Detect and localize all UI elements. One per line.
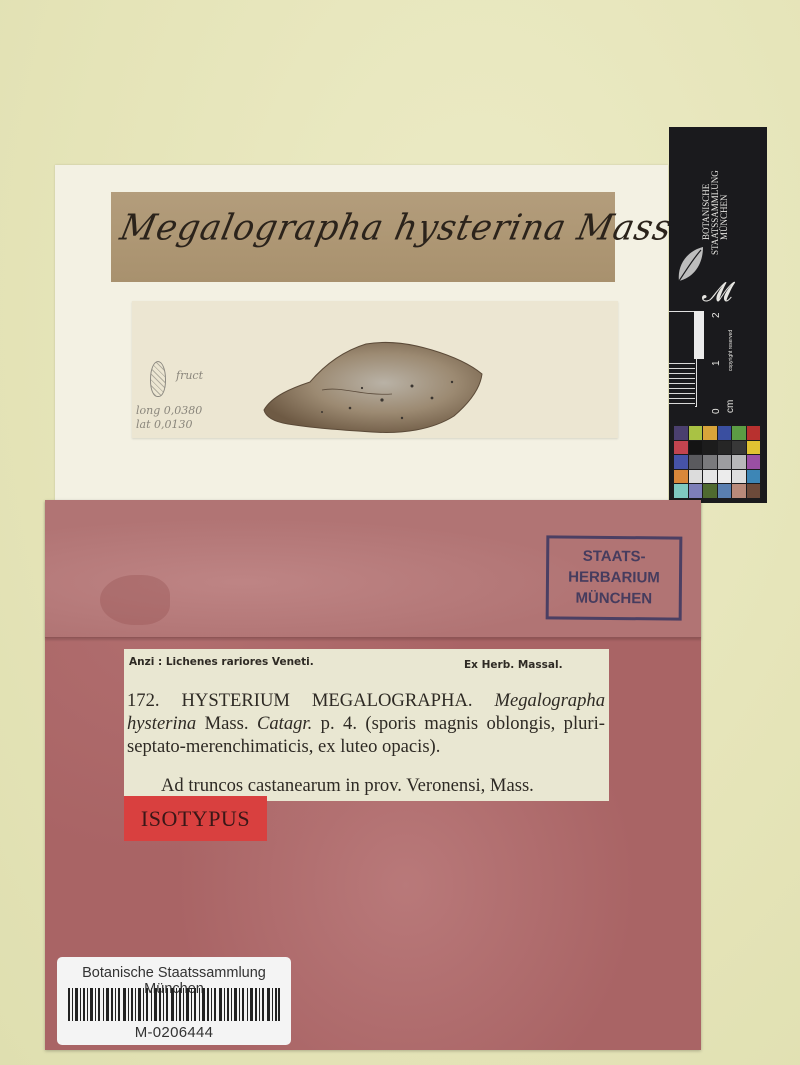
color-patch (718, 441, 732, 455)
taxon-title: HYSTERIUM MEGALOGRAPHA. (181, 690, 472, 711)
type-status-label: ISOTYPUS (124, 796, 267, 841)
measurement-long: long 0,0380 (136, 404, 202, 417)
exsiccata-number: 172. (127, 690, 160, 711)
color-patch (674, 441, 688, 455)
copyright-notice: copyright reserved (728, 330, 734, 371)
color-patch (674, 426, 688, 440)
stamp-line-1: STAATS- (549, 545, 679, 567)
barcode-icon (68, 988, 280, 1021)
exsiccata-label: Anzi : Lichenes rariores Veneti. Ex Herb… (124, 649, 609, 801)
ruler-mm-ticks (669, 359, 695, 407)
color-patch (689, 484, 703, 498)
institution-line-3: MÜNCHEN (719, 194, 729, 240)
color-patch (703, 470, 717, 484)
color-patch (732, 455, 746, 469)
series-title: Anzi : Lichenes rariores Veneti. (129, 656, 314, 668)
color-patch (732, 484, 746, 498)
color-patch (718, 455, 732, 469)
color-patch (718, 484, 732, 498)
color-patch (732, 441, 746, 455)
color-patch (703, 441, 717, 455)
color-patch (718, 470, 732, 484)
color-patch (703, 426, 717, 440)
ruler-tick-0: 0 (711, 408, 722, 414)
color-patch (689, 441, 703, 455)
leaf-logo-icon (673, 245, 707, 285)
color-patch (689, 455, 703, 469)
synonym-epithet: hysterina (127, 713, 196, 734)
color-patch (689, 426, 703, 440)
color-patch (747, 470, 761, 484)
color-patch (703, 484, 717, 498)
measurement-lat: lat 0,0130 (136, 418, 192, 431)
color-patch (718, 426, 732, 440)
ruler-unit: cm (725, 400, 736, 413)
stamp-line-3: MÜNCHEN (549, 587, 679, 609)
color-patch (674, 484, 688, 498)
ruler-tick-1: 1 (711, 360, 722, 366)
locality: Ad truncos castanearum in prov. Veronens… (161, 775, 534, 797)
water-stain (100, 575, 170, 625)
barcode-label: Botanische Staatssammlung München M-0206… (57, 957, 291, 1045)
reference: Catagr. (257, 713, 312, 734)
color-calibration-card (672, 424, 762, 500)
ex-herbarium: Ex Herb. Massal. (464, 659, 563, 671)
synonym-author: Mass. (205, 713, 249, 734)
catalog-number: M-0206444 (57, 1024, 291, 1041)
determination-label: Megalographa hysterina Mass. (111, 192, 615, 282)
color-patch (732, 426, 746, 440)
color-patch (674, 470, 688, 484)
lichen-specimen (262, 338, 484, 436)
stamp-line-2: HERBARIUM (549, 566, 679, 588)
ruler-tick-2: 2 (711, 312, 722, 318)
label-body: 172. HYSTERIUM MEGALOGRAPHA. Megalograph… (127, 689, 605, 758)
color-patch (747, 484, 761, 498)
color-patch (703, 455, 717, 469)
color-patch (747, 455, 761, 469)
color-patch (747, 426, 761, 440)
spore-sketch-icon (150, 361, 166, 397)
color-patch (674, 455, 688, 469)
description: (sporis magnis oblongis, pluri-septato-m… (127, 713, 605, 757)
color-patch (747, 441, 761, 455)
sketch-annotation: fruct (176, 369, 203, 382)
ruler-white-segment (694, 311, 704, 359)
color-patch (689, 470, 703, 484)
handwritten-name: Megalographa hysterina Mass. (117, 207, 616, 249)
reference-page: p. 4. (321, 713, 357, 734)
synonym-genus: Megalographa (494, 690, 605, 711)
color-patch (732, 470, 746, 484)
herbarium-stamp: STAATS- HERBARIUM MÜNCHEN (546, 535, 683, 620)
